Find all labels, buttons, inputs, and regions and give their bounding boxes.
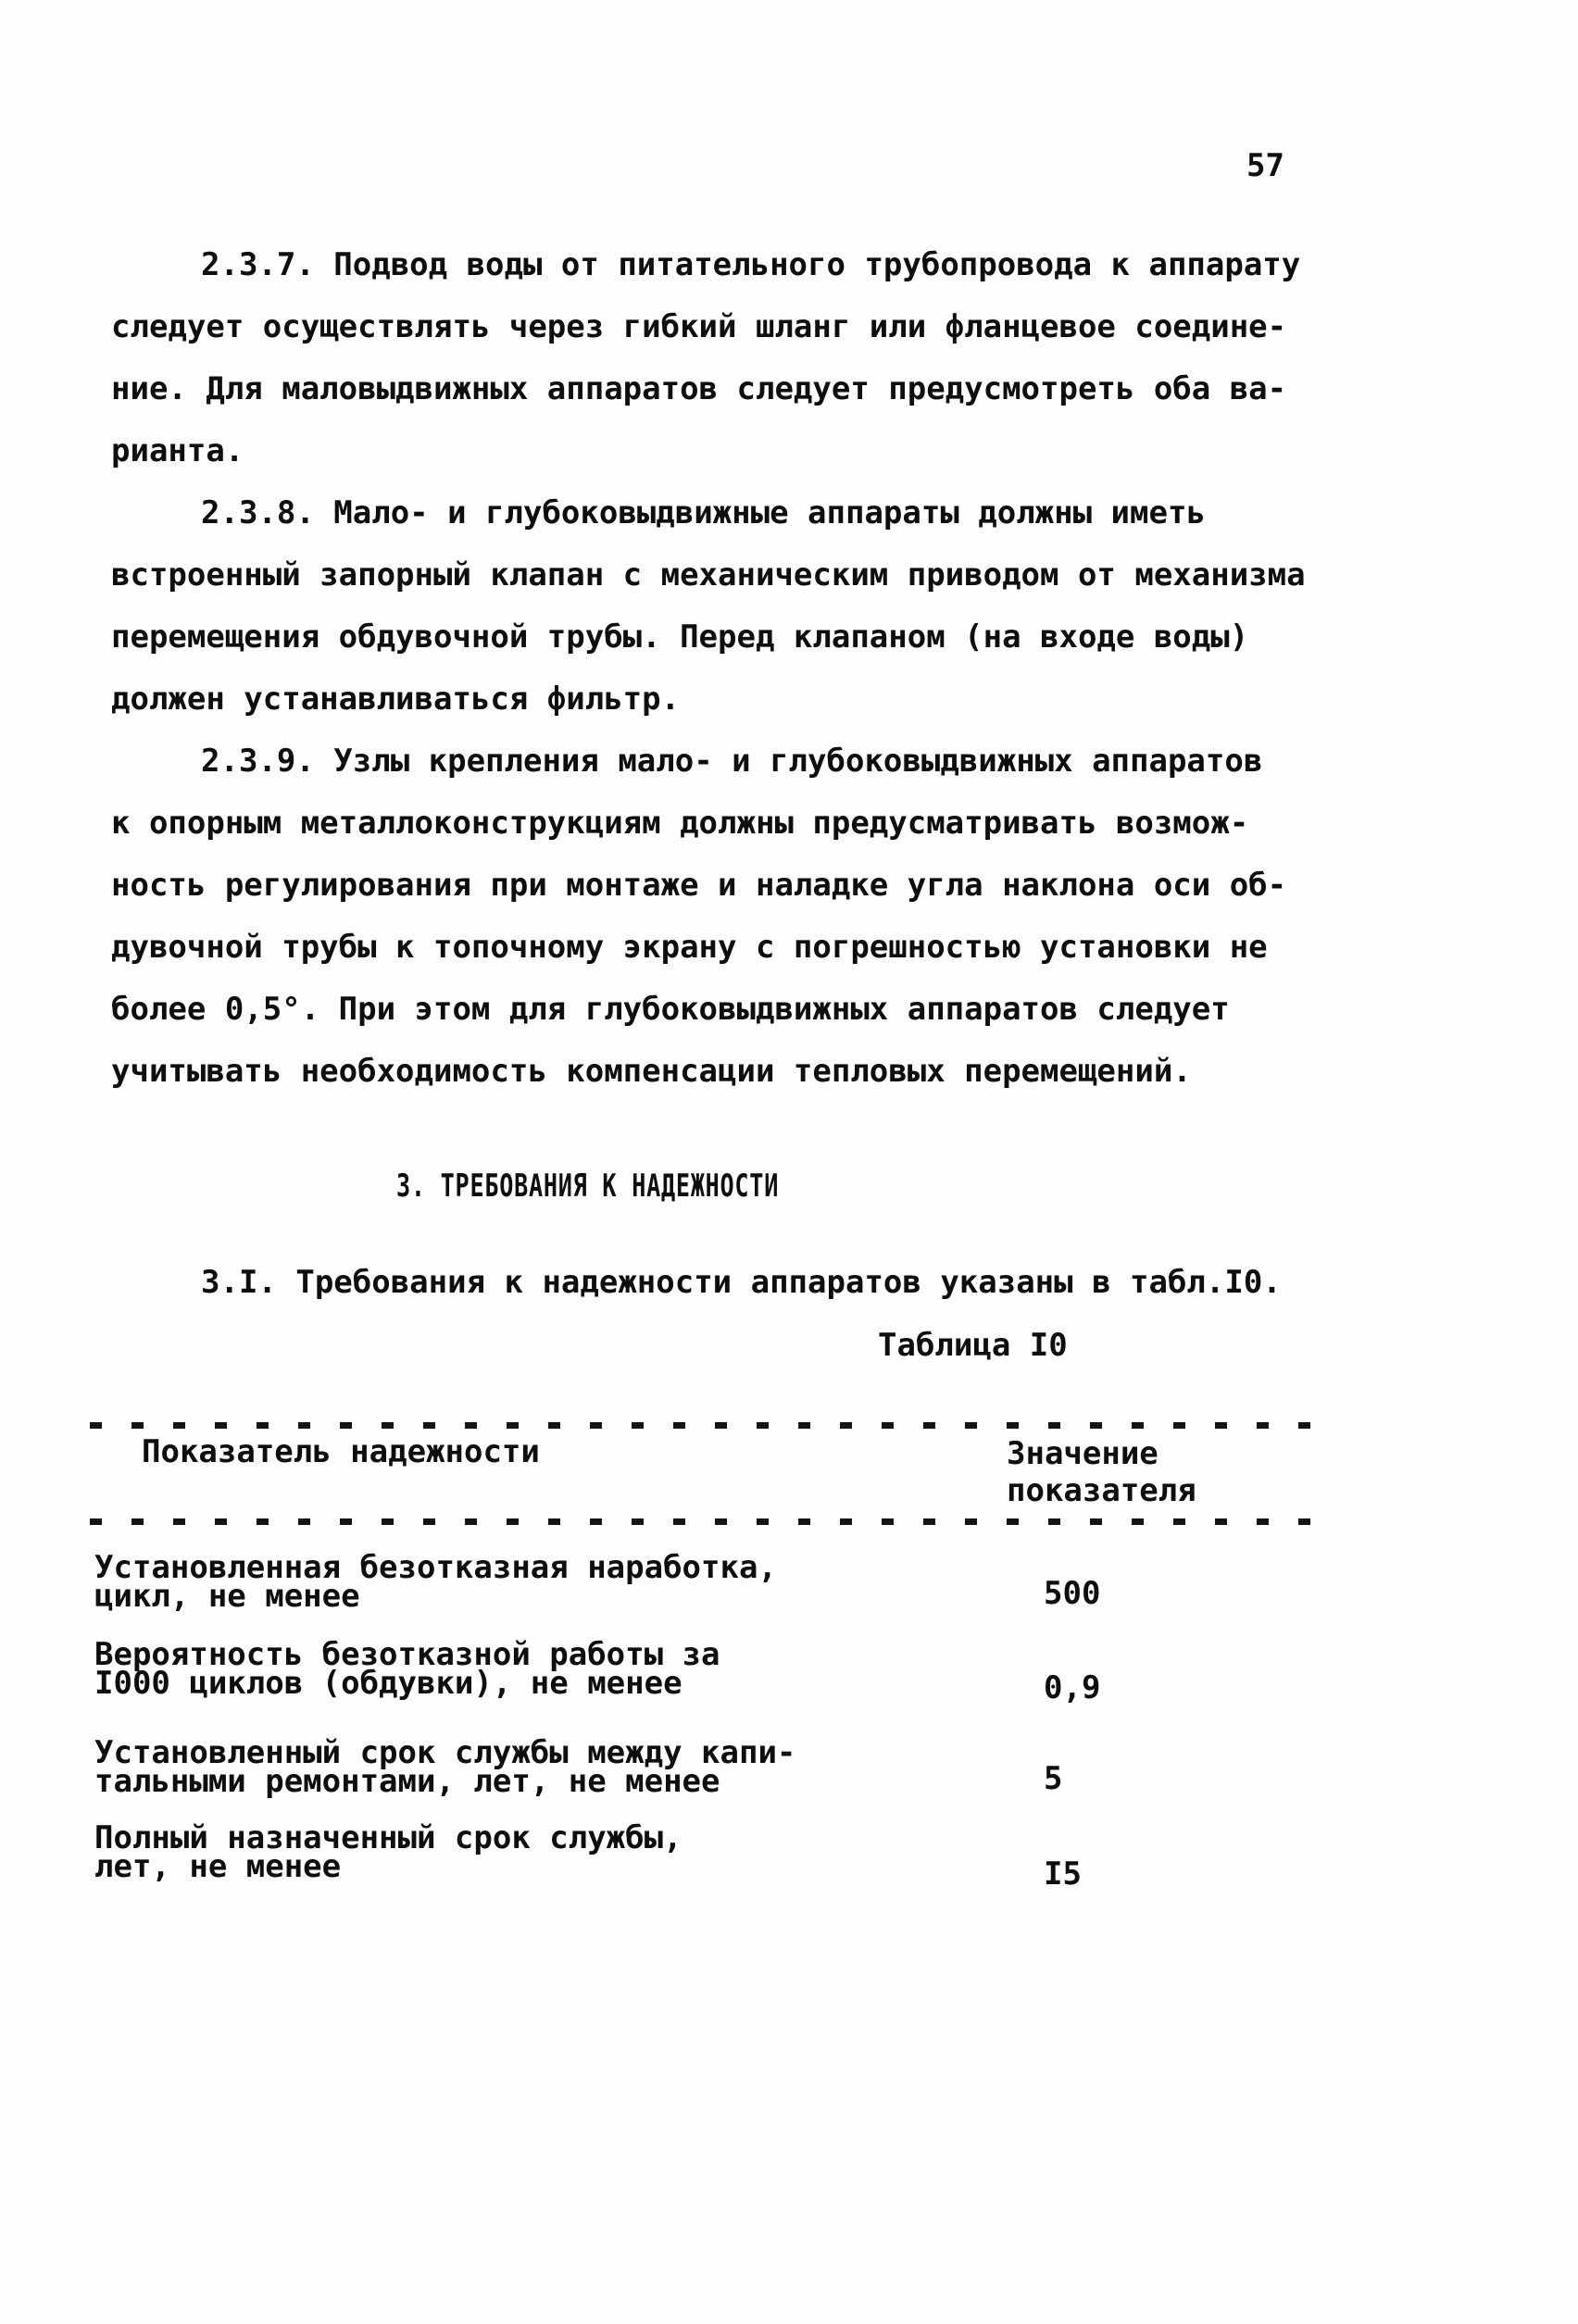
table-row-value: I5 bbox=[1044, 1855, 1082, 1893]
table-row-label: Вероятность безотказной работы за I000 ц… bbox=[94, 1641, 928, 1698]
paragraph-3-1: 3.I. Требования к надежности аппаратов у… bbox=[111, 1252, 1343, 1314]
document-page: 57 2.3.7. Подвод воды от питательного тр… bbox=[0, 0, 1578, 2324]
table-caption: Таблица I0 bbox=[878, 1327, 1068, 1364]
paragraph-2-3-8: 2.3.8. Мало- и глубоковыдвижные аппараты… bbox=[111, 482, 1343, 731]
table-row-value: 0,9 bbox=[1044, 1669, 1100, 1706]
table-row-label: Установленная безотказная наработка, цик… bbox=[94, 1554, 928, 1611]
table-header-value: Значение показателя bbox=[1007, 1435, 1196, 1509]
paragraph-2-3-7: 2.3.7. Подвод воды от питательного трубо… bbox=[111, 234, 1343, 482]
table-header-rule bbox=[90, 1518, 1332, 1525]
table-row-value: 500 bbox=[1044, 1575, 1100, 1612]
page-number: 57 bbox=[1246, 147, 1284, 184]
section-heading: 3. ТРЕБОВАНИЯ К НАДЕЖНОСТИ bbox=[396, 1168, 779, 1205]
table-row-label: Полный назначенный срок службы, лет, не … bbox=[94, 1824, 928, 1881]
table-top-rule bbox=[90, 1422, 1332, 1429]
table-row-value: 5 bbox=[1044, 1760, 1062, 1797]
table-header-indicator: Показатель надежности bbox=[142, 1433, 540, 1470]
paragraph-2-3-9: 2.3.9. Узлы крепления мало- и глубоковыд… bbox=[111, 731, 1343, 1103]
table-row-label: Установленный срок службы между капи- та… bbox=[94, 1739, 928, 1796]
